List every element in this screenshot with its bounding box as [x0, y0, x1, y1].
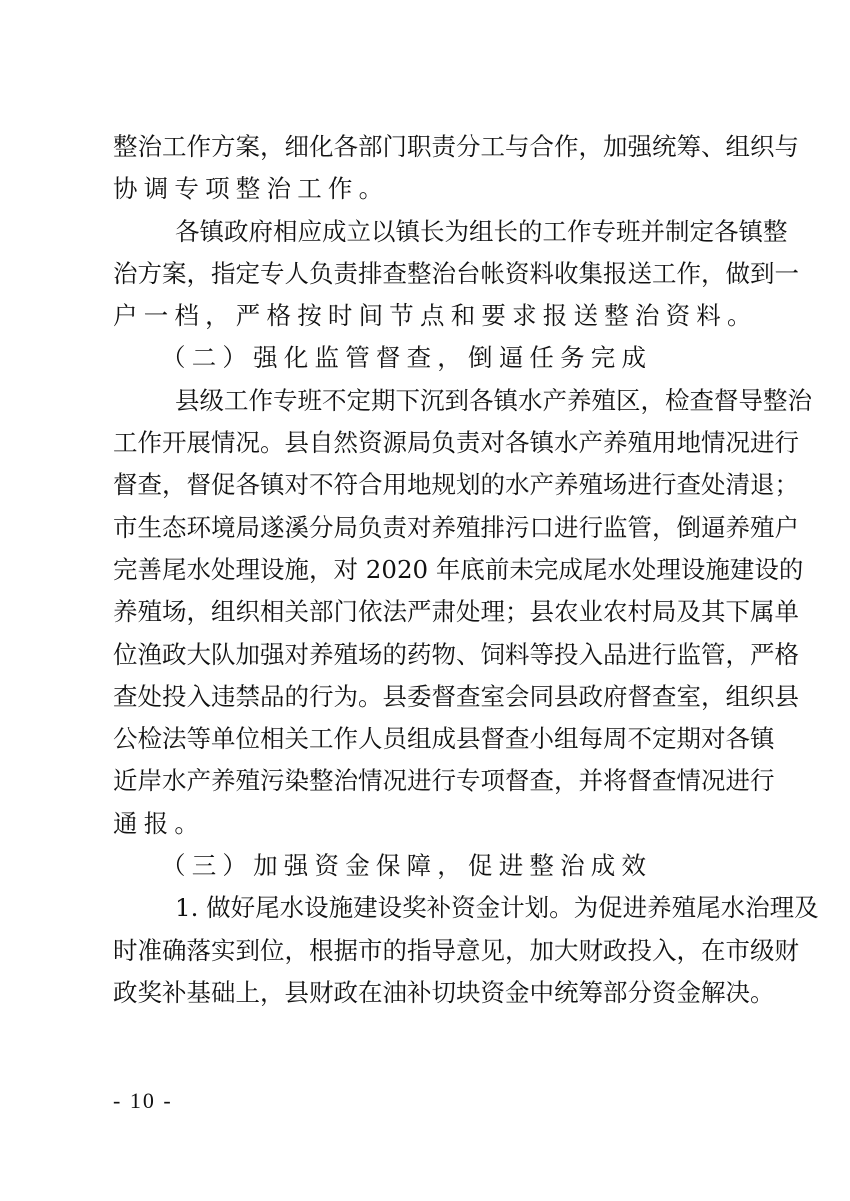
paragraph-line: 整治工作方案，细化各部门职责分工与合作，加强统筹、组织与	[113, 126, 743, 168]
paragraph-line: 县级工作专班不定期下沉到各镇水产养殖区，检查督导整治	[113, 380, 743, 422]
paragraph-line: 政奖补基础上，县财政在油补切块资金中统筹部分资金解决。	[113, 972, 743, 1014]
paragraph-line: 查处投入违禁品的行为。县委督查室会同县政府督查室，组织县	[113, 676, 743, 718]
paragraph-line: 养殖场，组织相关部门依法严肃处理；县农业农村局及其下属单	[113, 591, 743, 633]
document-page: 整治工作方案，细化各部门职责分工与合作，加强统筹、组织与 协调专项整治工作。 各…	[113, 126, 743, 1014]
paragraph-line: 市生态环境局遂溪分局负责对养殖排污口进行监管，倒逼养殖户	[113, 507, 743, 549]
section-heading: （二）强化监管督查，倒逼任务完成	[113, 337, 743, 379]
paragraph-line: 公检法等单位相关工作人员组成县督查小组每周不定期对各镇	[113, 718, 743, 760]
paragraph-line: 1. 做好尾水设施建设奖补资金计划。为促进养殖尾水治理及	[113, 887, 743, 929]
paragraph-line: 治方案，指定专人负责排查整治台帐资料收集报送工作，做到一	[113, 253, 743, 295]
paragraph-line: 位渔政大队加强对养殖场的药物、饲料等投入品进行监管，严格	[113, 634, 743, 676]
paragraph-line: 近岸水产养殖污染整治情况进行专项督查，并将督查情况进行	[113, 760, 743, 802]
paragraph-line: 协调专项整治工作。	[113, 168, 743, 210]
paragraph-line: 完善尾水处理设施，对 2020 年底前未完成尾水处理设施建设的	[113, 549, 743, 591]
section-heading: （三）加强资金保障，促进整治成效	[113, 845, 743, 887]
page-number: - 10 -	[113, 1088, 173, 1114]
paragraph-line: 通报。	[113, 803, 743, 845]
paragraph-line: 各镇政府相应成立以镇长为组长的工作专班并制定各镇整	[113, 211, 743, 253]
paragraph-line: 户一档，严格按时间节点和要求报送整治资料。	[113, 295, 743, 337]
paragraph-line: 工作开展情况。县自然资源局负责对各镇水产养殖用地情况进行	[113, 422, 743, 464]
paragraph-line: 时准确落实到位，根据市的指导意见，加大财政投入，在市级财	[113, 930, 743, 972]
paragraph-line: 督查，督促各镇对不符合用地规划的水产养殖场进行查处清退；	[113, 464, 743, 506]
